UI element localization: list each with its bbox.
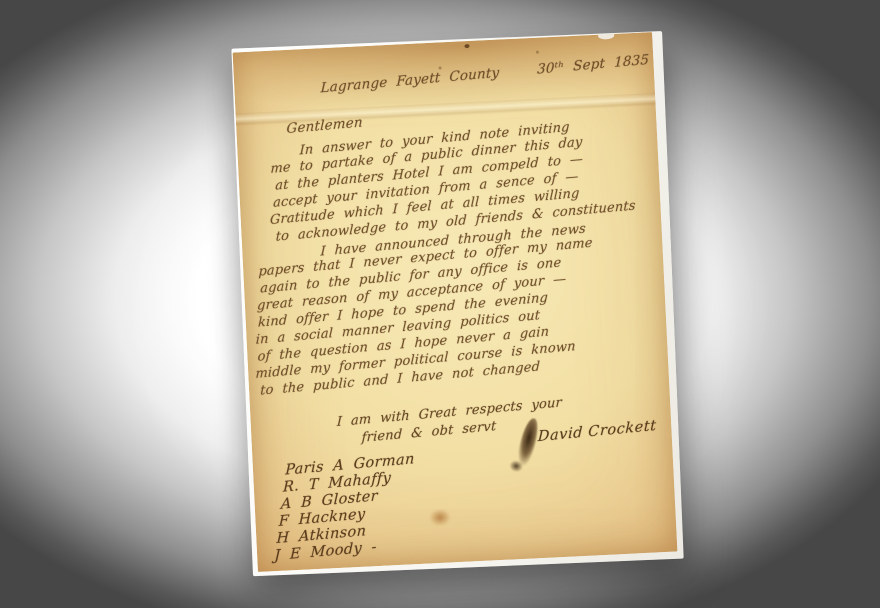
letter-photograph: Lagrange Fayett County30ᵗʰ Sept 1835 Gen…	[0, 0, 880, 608]
letter-paper: Lagrange Fayett County30ᵗʰ Sept 1835 Gen…	[233, 32, 678, 572]
addressee-list: Paris A Gorman R. T Mahaffy A B Gloster …	[253, 444, 677, 566]
dateline-place: Lagrange Fayett County	[320, 65, 499, 97]
dateline-date: 30ᵗʰ Sept 1835	[537, 52, 650, 78]
letter-text: Lagrange Fayett County30ᵗʰ Sept 1835 Gen…	[233, 32, 678, 572]
paper-sheet: Lagrange Fayett County30ᵗʰ Sept 1835 Gen…	[233, 32, 678, 572]
dateline: Lagrange Fayett County30ᵗʰ Sept 1835	[320, 51, 653, 98]
